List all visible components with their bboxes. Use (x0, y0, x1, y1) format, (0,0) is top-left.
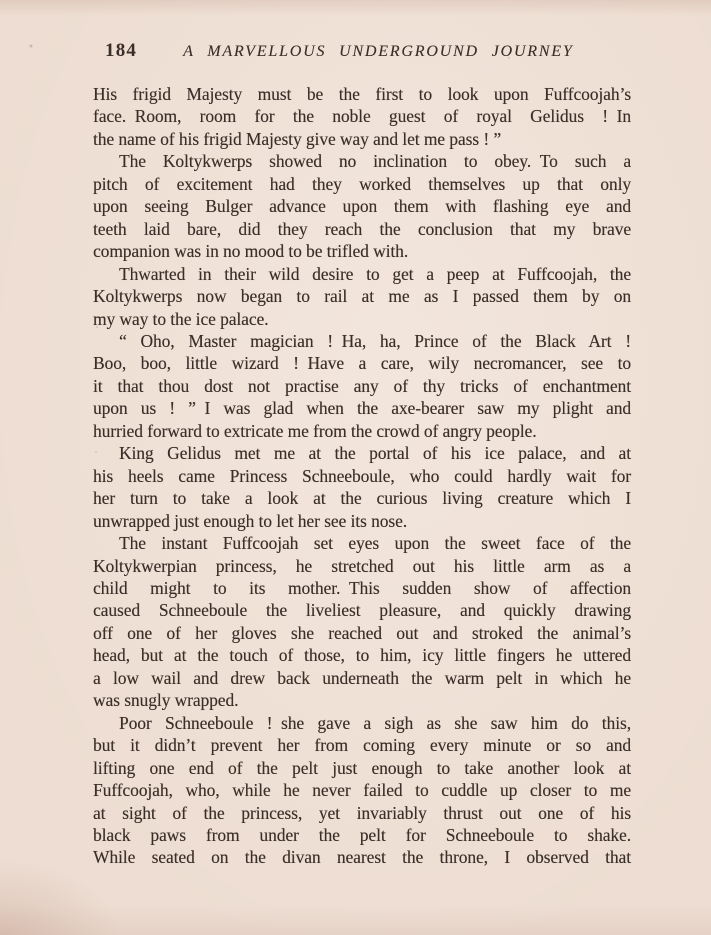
page-number: 184 (105, 40, 137, 62)
text-line: my way to the ice palace. (93, 308, 631, 330)
text-line: lifting one end of the pelt just enough … (93, 757, 631, 779)
text-line: Poor Schneeboule ! she gave a sigh as sh… (93, 712, 631, 734)
paragraph: The instant Fuffcoojah set eyes upon the… (93, 532, 631, 712)
paragraph: King Gelidus met me at the portal of his… (93, 442, 631, 532)
text-line: companion was in no mood to be trifled w… (93, 240, 631, 262)
text-line: Koltykwerpian princess, he stretched out… (93, 555, 631, 577)
text-line: child might to its mother. This sudden s… (93, 577, 631, 599)
paragraph: The Koltykwerps showed no inclination to… (93, 150, 631, 262)
text-line: hurried forward to extricate me from the… (93, 420, 631, 442)
text-line: off one of her gloves she reached out an… (93, 622, 631, 644)
paragraph: Poor Schneeboule ! she gave a sigh as sh… (93, 712, 631, 869)
text-line: was snugly wrapped. (93, 689, 631, 711)
text-line: her turn to take a look at the curious l… (93, 487, 631, 509)
text-line: black paws from under the pelt for Schne… (93, 824, 631, 846)
text-line: His frigid Majesty must be the first to … (93, 83, 631, 105)
text-line: the name of his frigid Majesty give way … (93, 128, 631, 150)
text-line: The instant Fuffcoojah set eyes upon the… (93, 532, 631, 554)
page-body: His frigid Majesty must be the first to … (93, 83, 631, 869)
text-line: “ Oho, Master magician ! Ha, ha, Prince … (93, 330, 631, 352)
page-header: 184 A MARVELLOUS UNDERGROUND JOURNEY (105, 40, 651, 62)
text-line: pitch of excitement had they worked them… (93, 173, 631, 195)
paragraph: Thwarted in their wild desire to get a p… (93, 263, 631, 330)
text-line: The Koltykwerps showed no inclination to… (93, 150, 631, 172)
text-line: Koltykwerps now began to rail at me as I… (93, 285, 631, 307)
text-line: Boo, boo, little wizard ! Have a care, w… (93, 352, 631, 374)
text-line: upon seeing Bulger advance upon them wit… (93, 195, 631, 217)
text-line: head, but at the touch of those, to him,… (93, 644, 631, 666)
text-line: upon us ! ” I was glad when the axe-bear… (93, 397, 631, 419)
text-line: it that thou dost not practise any of th… (93, 375, 631, 397)
text-line: While seated on the divan nearest the th… (93, 846, 631, 868)
paragraph: His frigid Majesty must be the first to … (93, 83, 631, 150)
scanned-book-page: 184 A MARVELLOUS UNDERGROUND JOURNEY His… (0, 0, 711, 935)
running-title: A MARVELLOUS UNDERGROUND JOURNEY (183, 43, 573, 61)
text-line: King Gelidus met me at the portal of his… (93, 442, 631, 464)
text-line: at sight of the princess, yet invariably… (93, 802, 631, 824)
text-line: unwrapped just enough to let her see its… (93, 510, 631, 532)
paragraph: “ Oho, Master magician ! Ha, ha, Prince … (93, 330, 631, 442)
text-line: a low wail and drew back underneath the … (93, 667, 631, 689)
text-line: teeth laid bare, did they reach the conc… (93, 218, 631, 240)
text-line: face. Room, room for the noble guest of … (93, 105, 631, 127)
text-line: but it didn’t prevent her from coming ev… (93, 734, 631, 756)
text-line: caused Schneeboule the liveliest pleasur… (93, 599, 631, 621)
text-line: Thwarted in their wild desire to get a p… (93, 263, 631, 285)
text-line: Fuffcoojah, who, while he never failed t… (93, 779, 631, 801)
text-line: his heels came Princess Schneeboule, who… (93, 465, 631, 487)
